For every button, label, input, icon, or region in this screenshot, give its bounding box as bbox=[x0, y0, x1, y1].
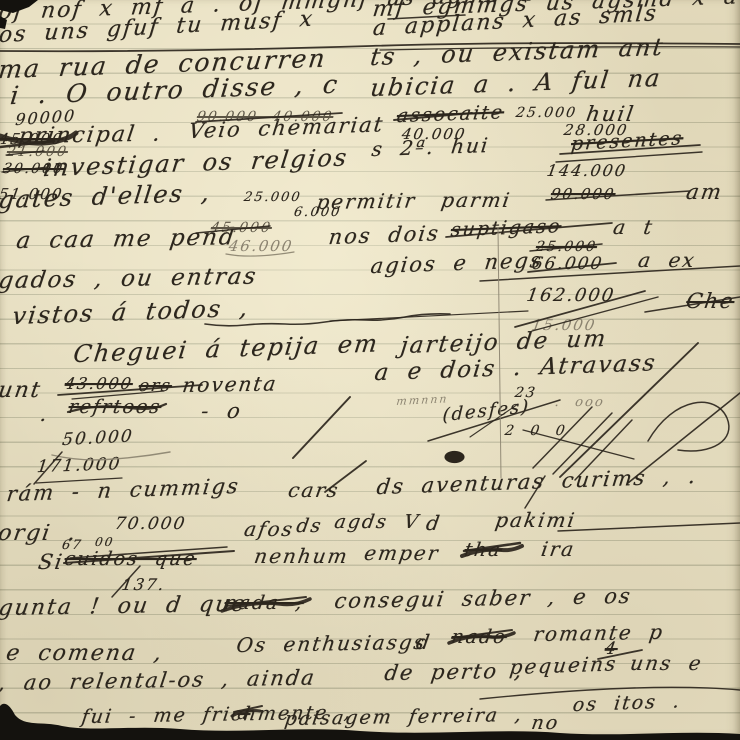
hw-num-25000-g: 25.000 bbox=[243, 191, 303, 204]
hw-word-d-2: d bbox=[415, 632, 433, 652]
hw-word-emper: emper bbox=[363, 543, 441, 563]
hw-num-00: 00 bbox=[94, 536, 115, 548]
hw-line-aventuras: ds aventuras curims , . bbox=[375, 466, 698, 498]
hw-num-70000: 70.000 bbox=[113, 516, 187, 533]
hw-line-ram: rám - n cummigs bbox=[5, 476, 241, 505]
hw-word-a-struck: a bbox=[236, 705, 252, 723]
hw-word-no: no bbox=[530, 714, 561, 733]
hw-line-existam: ts , ou existam ant bbox=[369, 35, 666, 69]
manuscript-page: of nof x mf a . of mmgnf us agmd amf egm… bbox=[0, 0, 740, 740]
hw-word-nada-struck: nada , bbox=[223, 594, 305, 613]
hw-num-50000: 50.000 bbox=[61, 428, 134, 449]
hw-dot-mark: . bbox=[39, 404, 51, 424]
hw-word-che-struck: Che bbox=[685, 291, 736, 312]
hw-word-cars: cars bbox=[287, 480, 341, 500]
hw-num-25000-top: 25.000 bbox=[515, 106, 578, 120]
hw-num-45000-struck: 45.000 bbox=[210, 221, 273, 235]
hw-word-os-enthusiasgs: Os enthusiasgs bbox=[235, 632, 427, 655]
hw-num-200: 2 0 0 bbox=[504, 424, 568, 438]
hw-word-refrtoos: refrtoos bbox=[67, 398, 163, 417]
hw-word-tha-struck: tha bbox=[463, 541, 503, 560]
hw-word-agios: agios e negs bbox=[369, 250, 544, 277]
hw-word-parmi: parmi bbox=[440, 190, 513, 210]
hw-line-paisagem: paisagem ferreira , bbox=[283, 706, 524, 729]
hw-word-de-perto: de perto , bbox=[383, 661, 525, 684]
hw-word-equals-o: - o bbox=[200, 401, 244, 422]
hw-num-40000: 40.000 bbox=[401, 127, 468, 142]
hw-word-ira: ira bbox=[540, 539, 577, 559]
hw-word-noventa: noventa bbox=[181, 373, 279, 395]
hw-line-gates: gates d'elles , bbox=[0, 181, 213, 213]
handwriting-layer: of nof x mf a . of mmgnf us agmd amf egm… bbox=[0, 0, 740, 740]
hw-word-assocaite: assocaite bbox=[396, 103, 505, 126]
hw-word-d: d bbox=[425, 513, 443, 533]
hw-word-unt: unt bbox=[0, 380, 43, 402]
hw-word-nenhum: nenhum bbox=[253, 546, 350, 566]
hw-word-ors-struck: ors bbox=[137, 378, 173, 395]
hw-line-a-caa: a caa me pend bbox=[15, 226, 237, 253]
hw-word-romante: romante p bbox=[532, 622, 665, 644]
hw-word-pequeins: pequeins bbox=[509, 653, 619, 677]
hw-num-90000-struck: 90.000 bbox=[550, 187, 617, 202]
hw-line-cheguei: Cheguei á tepija em bbox=[72, 331, 380, 366]
hw-line-a-ful-na: ubicia a . A ful na bbox=[369, 66, 663, 100]
hw-num-144000: 144.000 bbox=[545, 163, 628, 179]
hw-num-66000: 66.000 bbox=[530, 256, 604, 273]
hw-word-presentes: presentes bbox=[570, 129, 684, 154]
hw-word-nado-struck: nado bbox=[450, 628, 508, 647]
hw-num-43000-struck: 43.000 bbox=[63, 376, 134, 392]
hw-word-permitir: permitir bbox=[315, 190, 417, 212]
hw-line-investigar: investigar os relgios bbox=[42, 145, 350, 180]
hw-word-a-ex: a ex bbox=[637, 250, 698, 270]
hw-word-suptigaso: suptigaso bbox=[450, 217, 563, 240]
hw-num-162000: 162.000 bbox=[525, 287, 616, 305]
hw-line-gunta: gunta ! ou d que bbox=[0, 594, 248, 620]
hw-word-desfes: (desfes) bbox=[442, 398, 530, 425]
hw-word-cuidos-struck: cuidos que bbox=[63, 550, 198, 569]
hw-line-gados: gados , ou entras bbox=[0, 265, 259, 293]
hw-word-nos-dois: nos dois bbox=[327, 223, 441, 248]
hw-pencil-scrawl: mmnnn bbox=[396, 393, 449, 407]
hw-word-pakimi: pakimi bbox=[494, 510, 578, 530]
hw-word-ds: ds bbox=[295, 517, 324, 536]
hw-word-a-t: a t bbox=[612, 217, 655, 237]
hw-num-25000-struck-j: 25.000 bbox=[535, 240, 598, 254]
hw-num-23: 23 bbox=[514, 386, 538, 400]
hw-num-90-40-struck: 90.000 40.000 bbox=[196, 110, 335, 124]
hw-line-vistos: vistos á todos , bbox=[11, 296, 251, 328]
hw-line-ao-relental: , ao relental-os , ainda bbox=[0, 667, 317, 694]
hw-num-ooo: . ooo bbox=[554, 396, 606, 409]
hw-word-afos: afos bbox=[243, 519, 296, 539]
hw-word-os-itos: os itos . bbox=[572, 692, 682, 715]
hw-num-137: 137. bbox=[120, 577, 166, 593]
hw-num-46000: 46.000 bbox=[228, 239, 295, 254]
hw-num-171000: 171.000 bbox=[36, 456, 122, 476]
hw-word-am: am bbox=[685, 182, 725, 203]
hw-word-uns-e: uns e bbox=[629, 653, 704, 673]
hw-word-principal: principal . bbox=[17, 123, 163, 148]
hw-word-si: Si bbox=[37, 552, 65, 573]
hw-line-e-comena: e comena , bbox=[5, 643, 165, 665]
hw-line-consegui: consegui saber , e os bbox=[333, 586, 633, 612]
hw-word-agds: agds V bbox=[333, 513, 421, 532]
